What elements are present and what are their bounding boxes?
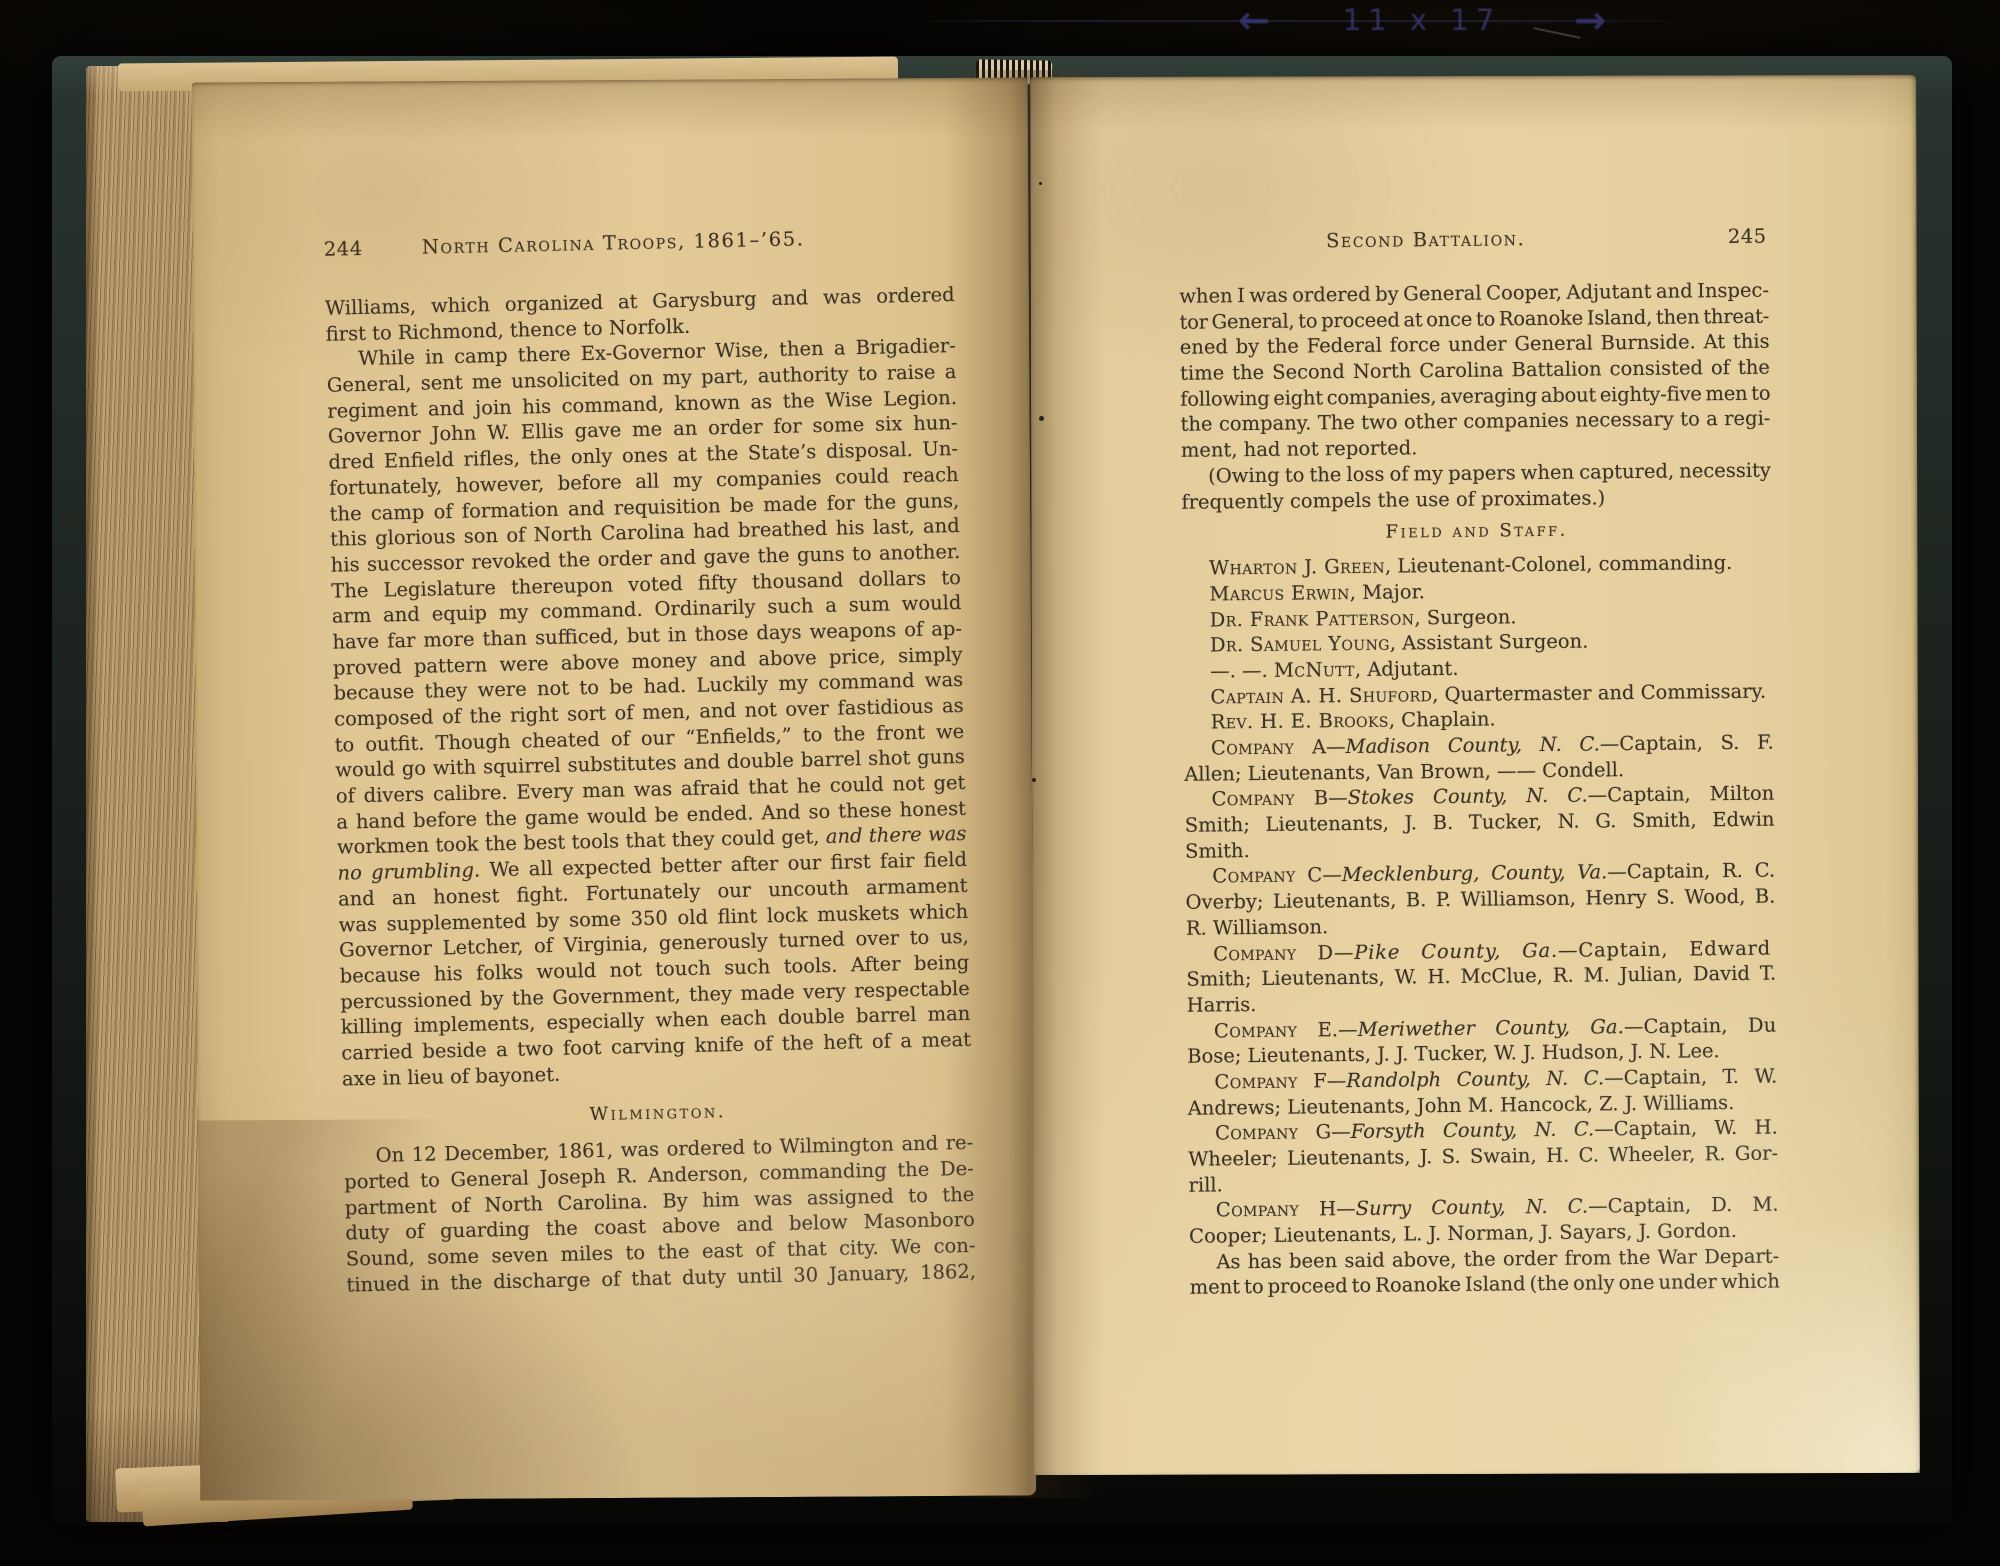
- book-photo-scene: ← 11 x 17 → 244 North Carolina Troops, 1…: [0, 0, 2000, 1566]
- italic-text: Randolph County, N. C.: [1346, 1066, 1604, 1092]
- dust-speck: [1039, 416, 1044, 421]
- body-text: A—: [1294, 735, 1346, 759]
- body-text: time the Second North Carolina Battalion…: [1180, 356, 1770, 385]
- body-text: —Captain, Du: [1624, 1013, 1777, 1038]
- small-caps-name: Company: [1213, 941, 1297, 965]
- small-caps-name: Company: [1216, 1198, 1300, 1222]
- italic-text: Madison County, N. C.: [1345, 732, 1600, 758]
- small-caps-name: McNutt: [1274, 658, 1355, 682]
- body-text: ment, had not reported.: [1181, 436, 1418, 461]
- right-page-header: Second Battalion. 245: [1179, 225, 1769, 257]
- small-caps-name: Company: [1214, 1070, 1298, 1094]
- body-text: ment to proceed to Roanoke Island (the o…: [1190, 1270, 1780, 1299]
- right-page-body-2: Wharton J. Green, Lieutenant-Colonel, co…: [1182, 550, 1780, 1301]
- small-caps-name: Captain A. H. Shuford: [1210, 683, 1432, 708]
- body-text: —Captain, D. M.: [1588, 1193, 1779, 1218]
- small-caps-name: Wharton J. Green: [1209, 555, 1385, 580]
- small-caps-name: Rev. H. E. Brooks: [1211, 709, 1389, 734]
- small-caps-name: Company: [1214, 1018, 1298, 1042]
- body-text: —Captain, Milton: [1588, 782, 1775, 807]
- body-text: , Assistant Surgeon.: [1390, 630, 1589, 655]
- body-text: , Surgeon.: [1414, 605, 1516, 629]
- italic-text: Meriwether County, Ga.: [1358, 1015, 1625, 1041]
- body-text: Andrews; Lieutenants, John M. Hancock, Z…: [1188, 1091, 1735, 1120]
- body-text: Cooper; Lieutenants, L. J. Norman, J. Sa…: [1189, 1219, 1737, 1248]
- body-text: when I was ordered by General Cooper, Ad…: [1179, 279, 1769, 308]
- body-text: Allen; Lieutenants, Van Brown, —— Condel…: [1184, 758, 1624, 786]
- body-text: E.—: [1297, 1018, 1358, 1042]
- body-text: the company. The two other companies nec…: [1180, 407, 1770, 436]
- body-text: Wheeler; Lieutenants, J. S. Swain, H. C.…: [1188, 1142, 1778, 1171]
- text-line: ment to proceed to Roanoke Island (the o…: [1190, 1269, 1780, 1301]
- right-page: Second Battalion. 245 when I was ordered…: [1030, 75, 1920, 1475]
- body-text: —. —.: [1210, 659, 1274, 683]
- italic-text: Mecklenburg, County, Va.: [1342, 861, 1608, 887]
- body-text: frequently compels the use of proximates…: [1181, 486, 1605, 513]
- running-title-right: Second Battalion.: [1326, 227, 1526, 252]
- body-text: Smith; Lieutenants, W. H. McClue, R. M. …: [1186, 962, 1776, 991]
- body-text: F—: [1298, 1069, 1347, 1093]
- small-caps-name: Dr. Samuel Young: [1210, 632, 1390, 657]
- body-text: —Captain, W. H.: [1594, 1116, 1778, 1141]
- body-text: Overby; Lieutenants, B. P. Williamson, H…: [1185, 885, 1775, 914]
- body-text: G—: [1298, 1120, 1351, 1144]
- body-text: —Captain, T. W.: [1604, 1064, 1777, 1089]
- body-text: —Captain, Edward: [1558, 936, 1771, 961]
- small-caps-name: Company: [1215, 1121, 1299, 1145]
- small-caps-name: Dr. Frank Patterson: [1210, 606, 1415, 631]
- right-arrow-icon: →: [1574, 0, 1606, 42]
- section-heading-wilmington: Wilmington.: [343, 1094, 973, 1134]
- body-text: , Adjutant.: [1355, 657, 1459, 681]
- body-text: As has been said above, the order from t…: [1216, 1244, 1779, 1273]
- body-text: Smith; Lieutenants, J. B. Tucker, N. G. …: [1185, 808, 1775, 837]
- right-page-body-1: when I was ordered by General Cooper, Ad…: [1179, 278, 1771, 515]
- small-caps-name: Company: [1212, 864, 1296, 888]
- body-text: C—: [1295, 864, 1341, 887]
- body-text: Harris.: [1187, 993, 1257, 1017]
- left-page-body-2: On 12 December, 1861, was ordered to Wil…: [343, 1130, 976, 1298]
- left-arrow-icon: ←: [1238, 0, 1270, 42]
- body-text: H—: [1299, 1197, 1356, 1221]
- section-heading-field-and-staff: Field and Staff.: [1182, 516, 1772, 548]
- right-page-text-column: Second Battalion. 245 when I was ordered…: [1179, 225, 1780, 1301]
- body-text: Bose; Lieutenants, J. J. Tucker, W. J. H…: [1187, 1039, 1720, 1068]
- left-page-body-1: Williams, which organized at Garysburg a…: [325, 282, 972, 1092]
- italic-text: and there was: [826, 822, 967, 848]
- body-text: D—: [1296, 940, 1354, 964]
- body-text: —Captain, R. C.: [1607, 859, 1775, 884]
- small-caps-name: Company: [1211, 787, 1295, 811]
- body-text: rill.: [1188, 1173, 1222, 1196]
- body-text: , Chaplain.: [1389, 708, 1496, 732]
- paper-size-label: 11 x 17: [1343, 3, 1501, 37]
- left-page: 244 North Carolina Troops, 1861–’65. Wil…: [192, 77, 1037, 1500]
- body-text: , Lieutenant-Colonel, commanding.: [1385, 551, 1733, 578]
- italic-text: Forsyth County, N. C.: [1351, 1118, 1595, 1144]
- left-page-text-column: 244 North Carolina Troops, 1861–’65. Wil…: [324, 224, 977, 1298]
- italic-text: Pike County, Ga.: [1354, 938, 1558, 963]
- italic-text: Stokes County, N. C.: [1348, 784, 1588, 810]
- body-text: B—: [1295, 786, 1348, 810]
- dust-speck: [1032, 778, 1036, 782]
- body-text: , Major.: [1350, 580, 1425, 604]
- text-line: frequently compels the use of proximates…: [1181, 483, 1771, 515]
- italic-text: no grumbling: [337, 859, 474, 885]
- body-text: (Owing to the loss of my papers when cap…: [1208, 458, 1771, 487]
- body-text: Smith.: [1185, 839, 1250, 863]
- running-title-left: North Carolina Troops, 1861–’65.: [422, 227, 805, 258]
- page-number-right: 245: [1728, 225, 1767, 248]
- italic-text: Surry County, N. C.: [1356, 1195, 1589, 1220]
- small-caps-name: Company: [1211, 736, 1295, 760]
- page-number-left: 244: [324, 237, 363, 261]
- body-text: , Quartermaster and Commissary.: [1432, 679, 1766, 705]
- small-caps-name: Marcus Erwin: [1209, 581, 1350, 605]
- dust-speck: [1039, 182, 1042, 185]
- body-text: axe in lieu of bayonet.: [342, 1062, 561, 1090]
- left-page-header: 244 North Carolina Troops, 1861–’65.: [324, 224, 954, 264]
- body-text: R. Williamson.: [1186, 915, 1329, 939]
- body-text: —Captain, S. F.: [1600, 731, 1774, 756]
- copystand-size-marking: ← 11 x 17 →: [1238, 0, 1606, 44]
